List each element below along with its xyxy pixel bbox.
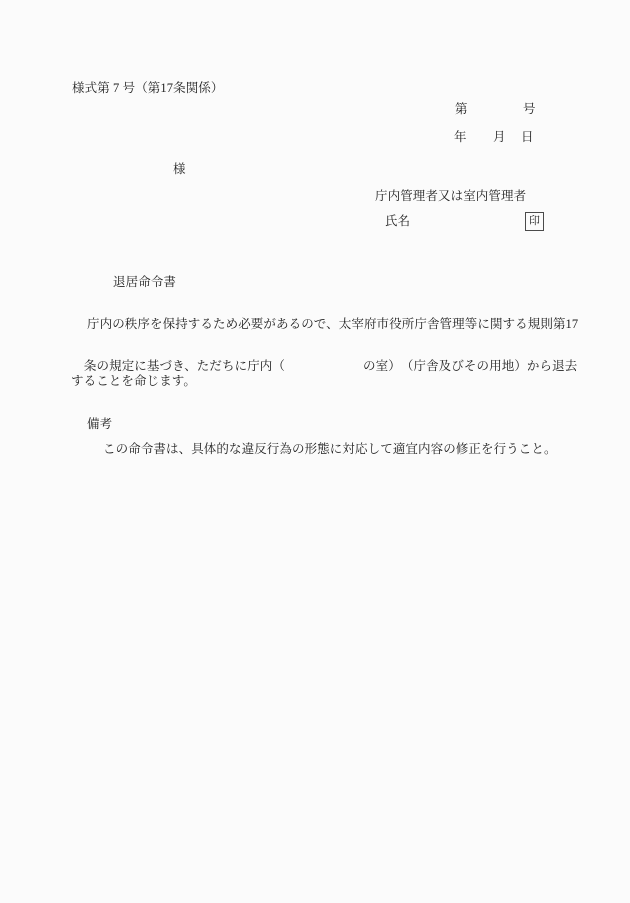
body-line-3: することを命じます。 xyxy=(71,374,196,388)
date-day-label: 日 xyxy=(521,130,534,144)
seal-box: 印 xyxy=(525,212,544,231)
body-line-2-after: の室） （庁舎及びその用地）から退去 xyxy=(363,359,577,373)
date-year-label: 年 xyxy=(454,130,467,144)
remarks-heading: 備考 xyxy=(87,417,112,431)
document-number-prefix: 第 xyxy=(455,102,468,116)
document-title: 退居命令書 xyxy=(113,275,176,289)
name-label: 氏名 xyxy=(385,214,410,228)
body-line-2-before: 条の規定に基づき、ただちに庁内（ xyxy=(84,359,285,373)
seal-mark: 印 xyxy=(529,216,540,227)
document-number-suffix: 号 xyxy=(523,102,536,116)
form-number-label: 様式第 7 号（第17条関係） xyxy=(72,81,224,95)
document-page: 様式第 7 号（第17条関係） 第 号 年 月 日 様 庁内管理者又は室内管理者… xyxy=(0,0,630,903)
addressee-honorific: 様 xyxy=(173,162,186,176)
issuer-title-label: 庁内管理者又は室内管理者 xyxy=(375,189,526,203)
body-line-1: 庁内の秩序を保持するため必要があるので、太宰府市役所庁舎管理等に関する規則第17 xyxy=(87,317,578,331)
remarks-note: この命令書は、具体的な違反行為の形態に対応して適宜内容の修正を行うこと。 xyxy=(103,442,557,456)
date-month-label: 月 xyxy=(493,130,506,144)
